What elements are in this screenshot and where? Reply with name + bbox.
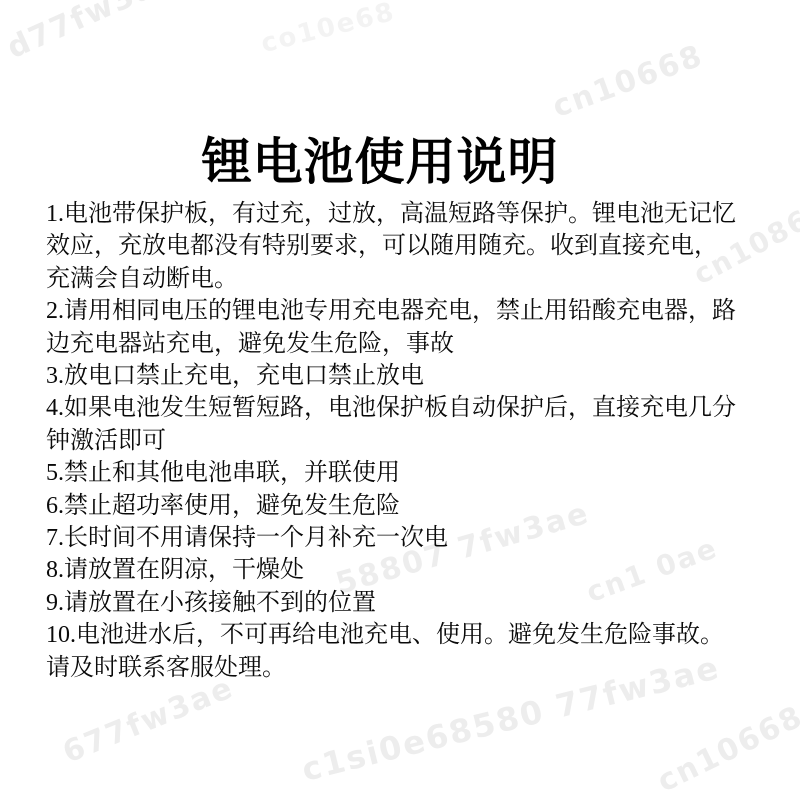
- instruction-item-10: 10.电池进水后，不可再给电池充电、使用。避免发生危险事故。 请及时联系客服处理…: [46, 619, 774, 684]
- watermark-text: d77fw3ae: [2, 0, 182, 66]
- instruction-item-4: 4.如果电池发生短暂短路，电池保护板自动保护后，直接充电几分 钟激活即可: [46, 392, 774, 457]
- instruction-list: 1.电池带保护板，有过充，过放，高温短路等保护。锂电池无记忆 效应，充放电都没有…: [46, 198, 774, 684]
- instruction-line: 8.请放置在阴凉，干燥处: [46, 554, 774, 586]
- instruction-line: 充满会自动断电。: [46, 263, 774, 295]
- instruction-line: 4.如果电池发生短暂短路，电池保护板自动保护后，直接充电几分: [46, 392, 774, 424]
- instruction-line: 7.长时间不用请保持一个月补充一次电: [46, 522, 774, 554]
- instruction-line: 效应，充放电都没有特别要求，可以随用随充。收到直接充电，: [46, 230, 774, 262]
- instruction-line: 10.电池进水后，不可再给电池充电、使用。避免发生危险事故。: [46, 619, 774, 651]
- watermark-text: 677fw3ae: [58, 670, 239, 770]
- instruction-line: 3.放电口禁止充电，充电口禁止放电: [46, 360, 774, 392]
- instruction-line: 9.请放置在小孩接触不到的位置: [46, 587, 774, 619]
- watermark-text: cn10668: [548, 38, 708, 125]
- instruction-line: 6.禁止超功率使用，避免发生危险: [46, 490, 774, 522]
- instruction-item-1: 1.电池带保护板，有过充，过放，高温短路等保护。锂电池无记忆 效应，充放电都没有…: [46, 198, 774, 295]
- instruction-line: 1.电池带保护板，有过充，过放，高温短路等保护。锂电池无记忆: [46, 198, 774, 230]
- watermark-text: cn106680: [652, 689, 800, 800]
- instruction-line: 5.禁止和其他电池串联，并联使用: [46, 457, 774, 489]
- instruction-item-6: 6.禁止超功率使用，避免发生危险: [46, 490, 774, 522]
- instruction-item-9: 9.请放置在小孩接触不到的位置: [46, 587, 774, 619]
- instruction-line: 钟激活即可: [46, 425, 774, 457]
- instruction-line: 2.请用相同电压的锂电池专用充电器充电，禁止用铅酸充电器，路: [46, 295, 774, 327]
- instruction-sheet: d77fw3ae co10e68 cn10668 cn108663 58807 …: [0, 0, 800, 800]
- instruction-item-2: 2.请用相同电压的锂电池专用充电器充电，禁止用铅酸充电器，路 边充电器站充电，避…: [46, 295, 774, 360]
- instruction-line: 请及时联系客服处理。: [46, 652, 774, 684]
- watermark-text: co10e68: [258, 0, 398, 59]
- instruction-item-8: 8.请放置在阴凉，干燥处: [46, 554, 774, 586]
- page-title: 锂电池使用说明: [0, 122, 760, 194]
- instruction-line: 边充电器站充电，避免发生危险，事故: [46, 328, 774, 360]
- instruction-item-7: 7.长时间不用请保持一个月补充一次电: [46, 522, 774, 554]
- instruction-item-3: 3.放电口禁止充电，充电口禁止放电: [46, 360, 774, 392]
- instruction-item-5: 5.禁止和其他电池串联，并联使用: [46, 457, 774, 489]
